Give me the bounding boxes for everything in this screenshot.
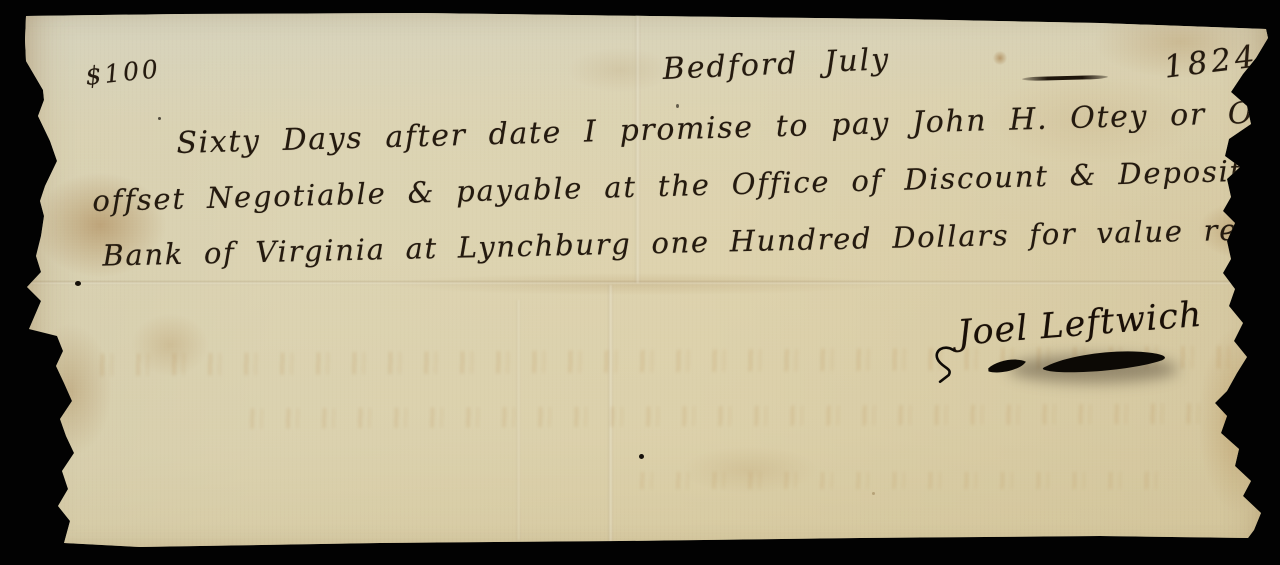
ink-speck [676, 104, 679, 108]
month-text: July [824, 42, 891, 80]
received-superscript: d [1268, 197, 1280, 219]
ink-speck [75, 281, 81, 286]
fold-crease-vertical-lower [608, 285, 613, 543]
body-line-3-text: Bank of Virginia at Lynchburg one Hundre… [102, 212, 1267, 272]
body-line-1: Sixty Days after date I promise to pay J… [176, 91, 1280, 162]
body-line-3: Bank of Virginia at Lynchburg one Hundre… [102, 212, 1280, 273]
place-text: Bedford [662, 46, 799, 87]
place-date-line: BedfordJuly [662, 42, 891, 87]
ink-dash-day-blank [1022, 75, 1108, 81]
word-gap [799, 72, 825, 73]
ink-speck [872, 492, 875, 495]
ink-bleedthrough-band [240, 403, 1260, 428]
scan-background: $100 BedfordJuly 1824 Sixty Days after d… [0, 0, 1280, 565]
year-text: 1824 [1162, 38, 1261, 85]
ink-bleedthrough-band [630, 472, 1170, 489]
ink-speck [158, 117, 161, 120]
promissory-note-paper: $100 BedfordJuly 1824 Sixty Days after d… [0, 0, 1280, 565]
fold-crease-horizontal [26, 281, 1256, 285]
amount-text: $100 [84, 54, 162, 91]
ink-speck [639, 454, 644, 459]
fold-crease-vertical-lower-2 [516, 300, 521, 540]
